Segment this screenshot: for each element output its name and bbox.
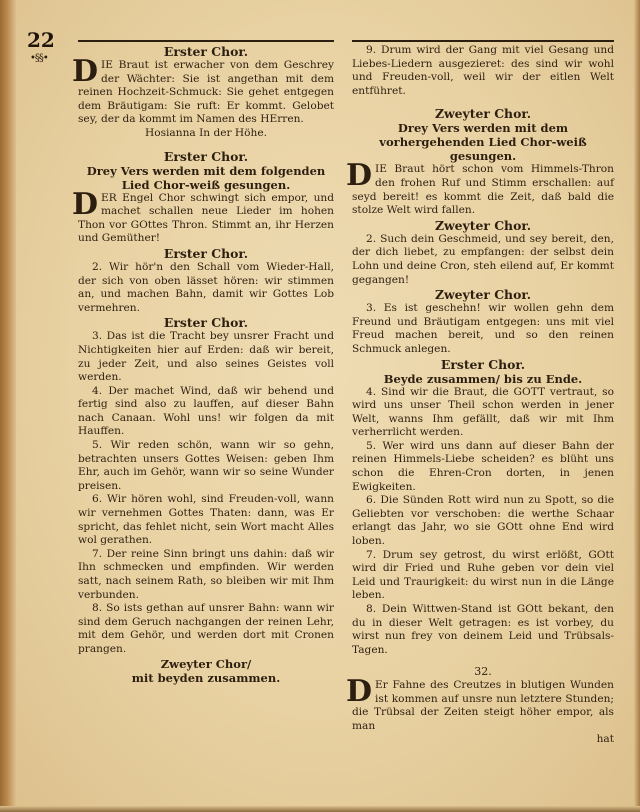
left-column: Erster Chor. D IE Braut ist erwacher von… bbox=[78, 44, 334, 685]
verse-text: ER Engel Chor schwingt sich empor, und m… bbox=[78, 192, 334, 245]
book-spine bbox=[0, 0, 16, 812]
verse-block: D Er Fahne des Creutzes in blutigen Wund… bbox=[352, 679, 614, 733]
page-edge-right bbox=[634, 0, 640, 812]
verse-block: D ER Engel Chor schwingt sich empor, und… bbox=[78, 192, 334, 246]
verse-8: 8. Dein Wittwen-Stand ist GOtt bekant, d… bbox=[352, 603, 614, 657]
verse-2: 2. Such dein Geschmeid, und sey bereit, … bbox=[352, 233, 614, 287]
closing-subheading: mit beyden zusammen. bbox=[78, 671, 334, 685]
section-heading: Erster Chor. bbox=[78, 315, 334, 330]
ornament-icon: •§§• bbox=[30, 53, 48, 64]
section-heading: Erster Chor. bbox=[78, 149, 334, 164]
section-heading: Zweyter Chor. bbox=[352, 287, 614, 302]
section-subheading: Drey Vers werden mit dem vorhergehenden … bbox=[352, 121, 614, 163]
verse-3: 3. Das ist die Tracht bey unsrer Fracht … bbox=[78, 330, 334, 384]
section-heading: Erster Chor. bbox=[352, 357, 614, 372]
dropcap: D bbox=[346, 163, 372, 189]
closing-heading: Zweyter Chor/ bbox=[78, 657, 334, 671]
hymn-number: 32. bbox=[352, 665, 614, 679]
verse-block: D IE Braut ist erwacher von dem Geschrey… bbox=[78, 59, 334, 127]
dropcap: D bbox=[346, 679, 372, 705]
page-edge-bottom bbox=[0, 806, 640, 812]
header-rule-right bbox=[352, 40, 614, 42]
verse-8: 8. So ists gethan auf unsrer Bahn: wann … bbox=[78, 602, 334, 656]
verse-3: 3. Es ist geschehn! wir wollen gehn dem … bbox=[352, 302, 614, 356]
verse-7: 7. Der reine Sinn bringt uns dahin: daß … bbox=[78, 548, 334, 602]
page-number: 22 bbox=[27, 28, 55, 52]
section-subheading: Beyde zusammen/ bis zu Ende. bbox=[352, 372, 614, 386]
verse-text: IE Braut ist erwacher von dem Geschrey d… bbox=[78, 59, 334, 125]
verse-text: IE Braut hört schon vom Himmels-Thron de… bbox=[352, 163, 614, 216]
verse-9: 9. Drum wird der Gang mit viel Gesang un… bbox=[352, 44, 614, 98]
right-column: 9. Drum wird der Gang mit viel Gesang un… bbox=[352, 44, 614, 747]
verse-5: 5. Wer wird uns dann auf dieser Bahn der… bbox=[352, 440, 614, 494]
verse-text: Er Fahne des Creutzes in blutigen Wunden… bbox=[352, 679, 614, 732]
verse-4: 4. Der machet Wind, daß wir behend und f… bbox=[78, 385, 334, 439]
section-heading: Zweyter Chor. bbox=[352, 106, 614, 121]
hosanna-line: Hosianna In der Höhe. bbox=[78, 127, 334, 141]
book-page: 22 •§§• Erster Chor. D IE Braut ist erwa… bbox=[0, 0, 640, 812]
verse-2: 2. Wir hör'n den Schall vom Wieder-Hall,… bbox=[78, 261, 334, 315]
header-rule-left bbox=[78, 40, 334, 42]
catchword: hat bbox=[352, 733, 614, 747]
verse-5: 5. Wir reden schön, wann wir so gehn, be… bbox=[78, 439, 334, 493]
verse-6: 6. Wir hören wohl, sind Freuden-voll, wa… bbox=[78, 493, 334, 547]
section-heading: Zweyter Chor. bbox=[352, 218, 614, 233]
section-subheading: Drey Vers werden mit dem folgenden Lied … bbox=[78, 164, 334, 192]
verse-6: 6. Die Sünden Rott wird nun zu Spott, so… bbox=[352, 494, 614, 548]
dropcap: D bbox=[72, 192, 98, 218]
dropcap: D bbox=[72, 59, 98, 85]
section-heading: Erster Chor. bbox=[78, 246, 334, 261]
verse-block: D IE Braut hört schon vom Himmels-Thron … bbox=[352, 163, 614, 217]
verse-7: 7. Drum sey getrost, du wirst erlößt, GO… bbox=[352, 549, 614, 603]
verse-4: 4. Sind wir die Braut, die GOTT vertraut… bbox=[352, 386, 614, 440]
section-heading: Erster Chor. bbox=[78, 44, 334, 59]
